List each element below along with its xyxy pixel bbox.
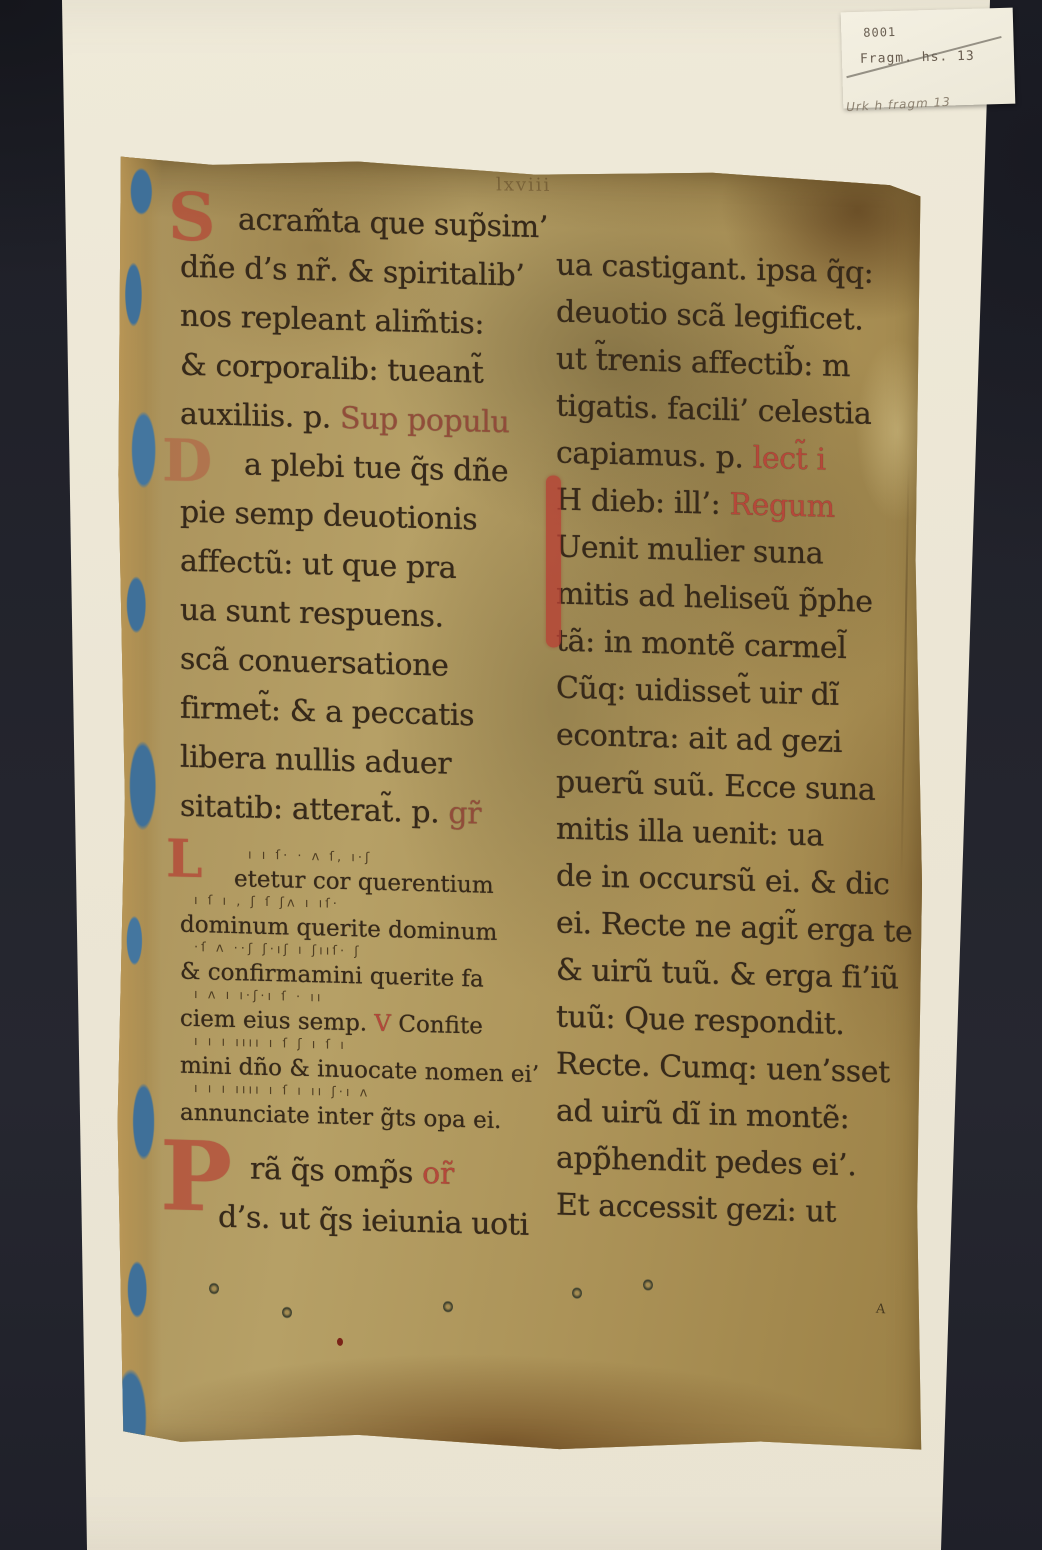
ink-text: & corporalib: tueant̃ <box>180 348 483 391</box>
ink-text: sitatib: atterat̃. p. <box>180 789 439 831</box>
ink-mark: A <box>875 1302 885 1318</box>
worm-hole <box>443 1301 453 1313</box>
ink-text: firmet̃: & a peccatis <box>180 691 474 734</box>
top-inscription: lxviii <box>496 174 552 195</box>
initial-S: S <box>168 183 216 250</box>
line-text: d’s. ut q̃s ieiunia uoti <box>218 1193 584 1252</box>
rubric: lect̃ i <box>744 440 826 477</box>
rubric: or̃ <box>413 1156 454 1192</box>
line-text: rã q̃s omp̃s or̃ <box>250 1145 584 1203</box>
ink-text: H dieb: ill’: <box>556 483 720 522</box>
ink-text: a plebi tue q̃s dñe <box>244 447 508 489</box>
ink-text: app̃hendit pedes ei’. <box>556 1141 856 1184</box>
ink-text: Confite <box>398 1011 482 1039</box>
line-text: sitatib: atterat̃. p. gr̃ <box>180 782 584 842</box>
text-line: d’s. ut q̃s ieiunia uoti <box>180 1192 584 1252</box>
line-text: Et accessit gezi: ut <box>556 1182 936 1239</box>
worm-hole <box>282 1306 292 1318</box>
rubric: Regum <box>720 487 834 525</box>
worm-hole <box>209 1282 219 1294</box>
ink-text: Et accessit gezi: ut <box>556 1188 836 1230</box>
ink-text: libera nullis aduer <box>180 740 451 782</box>
ink-text: puerũ suũ. Ecce suna <box>556 765 875 808</box>
ink-text: tã: in montẽ carmel̃ <box>556 624 846 667</box>
ink-text: nos repleant alim̃tis: <box>180 299 484 342</box>
ink-text: Cũq: uidisset̃ uir dĩ <box>556 671 839 713</box>
ink-text: ad uirũ dĩ in montẽ: <box>556 1094 849 1137</box>
ink-text: mitis illa uenit: ua <box>556 812 824 854</box>
ink-text: ua castigant. ipsa q̃q: <box>556 248 873 291</box>
text-column-1: acram̃ta que sup̃sim’dñe d’s nr̃. & spi… <box>180 194 584 1252</box>
ink-text: mitis ad heliseũ p̃phe <box>556 577 873 620</box>
initial-P: P <box>160 1128 232 1226</box>
worm-hole <box>643 1279 653 1291</box>
ink-text: rã q̃s omp̃s <box>250 1152 413 1191</box>
worm-hole <box>572 1287 582 1299</box>
ink-text: d’s. ut q̃s ieiunia uoti <box>218 1200 529 1243</box>
ink-text: scã conuersatione <box>180 642 449 684</box>
ink-text: Recte. Cumq: uen’sset <box>556 1047 890 1091</box>
ink-text: affectũ: ut que pra <box>180 544 456 586</box>
photograph: lxviii acram̃ta que sup̃sim’dñe d’s nr̃… <box>0 0 1042 1550</box>
rubric: gr̃ <box>439 795 481 831</box>
ink-text: acram̃ta que sup̃sim’ <box>238 202 548 245</box>
ink-text: ei. Recte ne agit̃ erga te <box>556 906 912 950</box>
slip-shelfmark: 8001 <box>863 25 896 40</box>
ink-text: capiamus. p. <box>556 436 744 476</box>
line-text: a plebi tue q̃s dñe <box>244 440 584 498</box>
ink-text: ciem eius semp. <box>180 1006 367 1037</box>
text-line: ı ı ı ıııı ı ſ ı ıı ʃ·ı ʌannunciate inte… <box>180 1080 584 1138</box>
initial-L: L <box>166 833 203 886</box>
ink-text: tuũ: Que respondit. <box>556 1000 844 1043</box>
ink-text: Uenit mulier suna <box>556 530 823 572</box>
ink-text: de in occursũ ei. & dic <box>556 859 890 903</box>
red-dot <box>337 1338 343 1346</box>
ink-text: econtra: ait ad gezi <box>556 718 842 760</box>
ink-text: ua sunt respuens. <box>180 593 444 635</box>
ink-text: ut t̃renis affectib̃: m <box>556 342 850 385</box>
rubric: Sup populu <box>331 401 509 441</box>
manuscript-leaf: lxviii acram̃ta que sup̃sim’dñe d’s nr̃… <box>116 152 922 1465</box>
ink-text: deuotio scã legificet. <box>556 295 863 338</box>
initial-I <box>546 475 561 647</box>
ink-text: dñe d’s nr̃. & spiritalib’ <box>180 250 524 294</box>
text-line: Et accessit gezi: ut <box>556 1182 936 1239</box>
text-column-2: ua castigant. ipsa q̃q:deuotio scã legi… <box>556 242 936 1239</box>
ink-text: & uirũ tuũ. & erga fi’iũ <box>556 953 899 997</box>
ink-text: pie semp deuotionis <box>180 495 477 538</box>
line-text: acram̃ta que sup̃sim’ <box>238 195 584 253</box>
initial-D: D <box>162 431 212 490</box>
rubric: V <box>367 1011 398 1038</box>
ink-text: tigatis. facili’ celestia <box>556 389 871 432</box>
text-line: sitatib: atterat̃. p. gr̃ <box>180 782 584 842</box>
